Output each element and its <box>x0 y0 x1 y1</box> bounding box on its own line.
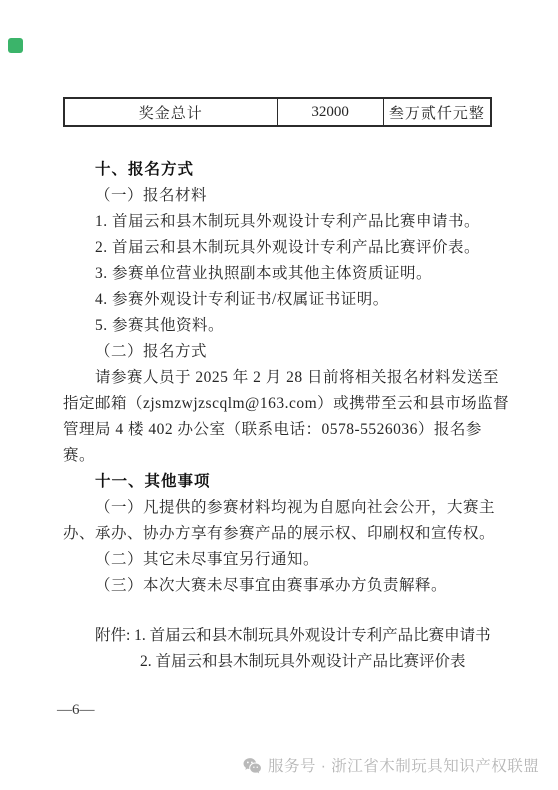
section-10-heading: 十、报名方式 <box>63 157 499 183</box>
footer-watermark-text: 服务号 · 浙江省木制玩具知识产权联盟 <box>268 754 539 776</box>
material-item-4: 4. 参赛外观设计专利证书/权属证书证明。 <box>63 287 499 313</box>
other-item-1-line: （一）凡提供的参赛材料均视为自愿向社会公开，大赛主 <box>63 495 499 521</box>
subsection-2-heading: （二）报名方式 <box>63 339 499 365</box>
registration-para-line: 请参赛人员于 2025 年 2 月 28 日前将相关报名材料发送至 <box>63 365 499 391</box>
other-item-3: （三）本次大赛未尽事宜由赛事承办方负责解释。 <box>63 573 499 599</box>
prize-total-label-cell: 奖金总计 <box>65 99 278 125</box>
prize-total-amount-words-cell: 叁万贰仟元整 <box>384 99 490 125</box>
material-item-2: 2. 首届云和县木制玩具外观设计专利产品比赛评价表。 <box>63 235 499 261</box>
section-11-heading: 十一、其他事项 <box>63 469 499 495</box>
wechat-icon <box>243 757 262 774</box>
page-number: —6— <box>57 702 95 719</box>
footer-watermark: 服务号 · 浙江省木制玩具知识产权联盟 <box>243 754 539 776</box>
registration-para-line: 指定邮箱（zjsmzwjzscqlm@163.com）或携带至云和县市场监督 <box>63 391 499 417</box>
document-page: 奖金总计 32000 叁万贰仟元整 十、报名方式 （一）报名材料 1. 首届云和… <box>0 0 558 790</box>
document-body: 十、报名方式 （一）报名材料 1. 首届云和县木制玩具外观设计专利产品比赛申请书… <box>63 157 499 599</box>
material-item-5: 5. 参赛其他资料。 <box>63 313 499 339</box>
other-item-2: （二）其它未尽事宜另行通知。 <box>63 547 499 573</box>
attachments-block: 附件: 1. 首届云和县木制玩具外观设计专利产品比赛申请书 2. 首届云和县木制… <box>63 623 523 675</box>
attachment-line-1: 附件: 1. 首届云和县木制玩具外观设计专利产品比赛申请书 <box>63 623 523 649</box>
subsection-1-heading: （一）报名材料 <box>63 183 499 209</box>
prize-total-amount-cell: 32000 <box>278 99 384 125</box>
attachment-line-2: 2. 首届云和县木制玩具外观设计产品比赛评价表 <box>63 649 523 675</box>
other-item-1-line: 办、承办、协办方享有参赛产品的展示权、印刷权和宣传权。 <box>63 521 499 547</box>
material-item-1: 1. 首届云和县木制玩具外观设计专利产品比赛申请书。 <box>63 209 499 235</box>
material-item-3: 3. 参赛单位营业执照副本或其他主体资质证明。 <box>63 261 499 287</box>
prize-total-table: 奖金总计 32000 叁万贰仟元整 <box>63 97 492 127</box>
green-square-icon <box>8 38 23 53</box>
registration-para-line: 管理局 4 楼 402 办公室（联系电话：0578-5526036）报名参 <box>63 417 499 443</box>
registration-para-line: 赛。 <box>63 443 499 469</box>
